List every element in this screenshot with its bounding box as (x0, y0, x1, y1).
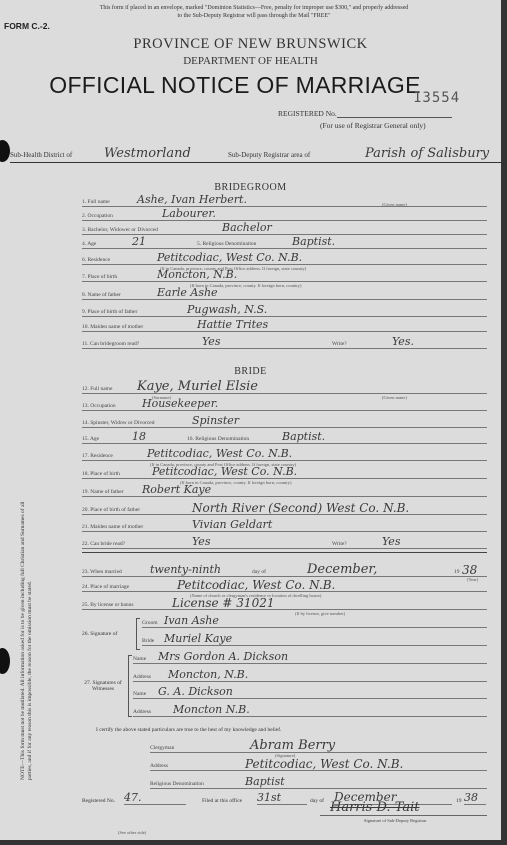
registrar-area-value: Parish of Salisbury (365, 146, 489, 161)
witness-2-name-field: Name G. A. Dickson (133, 685, 487, 699)
field-label: Bride (142, 638, 154, 644)
field-label: Religious Denomination (150, 781, 204, 787)
marriage-notice-page: This form if placed in an envelope, mark… (0, 0, 501, 840)
bride-father-birthplace-field: 20. Place of birth of father North River… (82, 501, 487, 515)
field-value: North River (Second) West Co. N.B. (192, 502, 409, 514)
mailing-notice-line-2: to the Sub-Deputy Registrar will pass th… (10, 12, 498, 20)
day-of-label: day of (310, 798, 324, 804)
bride-full-name-field: 12. Full name Kaye, Muriel Elsie (Given … (82, 380, 487, 394)
punch-hole (0, 140, 10, 162)
field-label: 9. Place of birth of father (82, 309, 137, 315)
registered-number-stamp: 13554 (413, 90, 460, 106)
province-heading: PROVINCE OF NEW BRUNSWICK (0, 36, 501, 53)
clergyman-denomination: Baptist (245, 776, 285, 788)
health-district-value: Westmorland (104, 146, 191, 161)
bride-occupation-field: 13. Occupation Housekeeper. (82, 397, 487, 411)
bride-birthplace-field: 18. Place of birth Petitcodiac, West Co.… (82, 465, 487, 479)
punch-hole (0, 648, 10, 674)
marriage-date-field: 23. When married twenty-ninth day of Dec… (82, 563, 487, 577)
registrar-note: (For use of Registrar General only) (320, 121, 426, 130)
bride-signature-field: Bride Muriel Kaye (142, 632, 487, 646)
clergyman-address: Petitcodiac, West Co. N.B. (245, 758, 403, 770)
field-value: 18 (132, 431, 146, 443)
field-label: 19. Name of father (82, 489, 124, 495)
marriage-day-value: twenty-ninth (150, 564, 221, 576)
field-value: Bachelor (222, 222, 272, 234)
field-label: 4. Age (82, 241, 96, 247)
field-value: Yes (192, 536, 210, 548)
year-prefix: 19 (456, 798, 462, 804)
filing-row: Registered No. 47. Filed at this office … (82, 792, 487, 805)
field-label: 17. Residence (82, 453, 113, 459)
field-value: Labourer. (162, 208, 216, 220)
field-label: Groom (142, 620, 158, 626)
field-label: 3. Bachelor, Widower or Divorced (82, 227, 158, 233)
section-divider (82, 552, 487, 553)
registered-no-label: Registered No. (82, 798, 115, 804)
filed-label: Filed at this office (202, 798, 242, 804)
signatures-label: 26. Signature of (82, 631, 117, 637)
document-title: OFFICIAL NOTICE OF MARRIAGE (0, 72, 470, 99)
groom-mother-maiden-name-field: 10. Maiden name of mother Hattie Trites (82, 318, 487, 332)
field-label: Write? (332, 341, 347, 347)
bridegroom-heading: BRIDEGROOM (0, 182, 501, 193)
field-value: Petitcodiac, West Co. N.B. (177, 579, 335, 591)
health-district-label: Sub-Health District of (10, 151, 72, 159)
registrar-signature-label: Signature of Sub-Deputy Registrar (364, 818, 427, 823)
field-value: Robert Kaye (142, 484, 211, 496)
field-label: 24. Place of marriage (82, 584, 129, 590)
field-value: Spinster (192, 415, 239, 427)
witnesses-bracket (128, 655, 132, 717)
field-value: Ashe, Ivan Herbert. (137, 194, 247, 206)
field-label: 21. Maiden name of mother (82, 524, 143, 530)
mailing-notice: This form if placed in an envelope, mark… (10, 4, 498, 20)
registered-line (337, 109, 452, 118)
field-label: Address (133, 709, 151, 715)
field-label: day of (252, 569, 266, 575)
field-value: Yes (202, 336, 220, 348)
signature-bracket (136, 618, 140, 650)
witness-1-name-field: Name Mrs Gordon A. Dickson (133, 650, 487, 664)
groom-literacy-field: 11. Can bridegroom read? Yes Write? Yes. (82, 335, 487, 349)
field-label: 14. Spinster, Widow or Divorced (82, 420, 154, 426)
see-other-side-note: (See other side) (118, 830, 146, 835)
field-label: 8. Name of father (82, 292, 121, 298)
registrar-area-label: Sub-Deputy Registrar area of (228, 151, 310, 159)
field-value: Housekeeper. (142, 398, 218, 410)
marriage-month-value: December, (307, 564, 377, 576)
groom-occupation-field: 2. Occupation Labourer. (82, 207, 487, 221)
field-label: 10. Maiden name of mother (82, 324, 143, 330)
field-value: 21 (132, 236, 146, 248)
witness-2-address-field: Address Moncton N.B. (133, 703, 487, 717)
witness-address: Moncton, N.B. (168, 669, 248, 681)
field-label: 11. Can bridegroom read? (82, 341, 139, 347)
marriage-place-field: 24. Place of marriage Petitcodiac, West … (82, 578, 487, 592)
field-label: 12. Full name (82, 386, 112, 392)
field-label: Address (150, 763, 168, 769)
field-value: Baptist. (292, 236, 335, 248)
bride-mother-maiden-name-field: 21. Maiden name of mother Vivian Geldart (82, 518, 487, 532)
filed-year-value: 38 (464, 791, 486, 805)
field-label: 22. Can bride read? (82, 541, 125, 547)
field-value: Moncton, N.B. (157, 269, 237, 281)
field-label: Name (133, 656, 146, 662)
registered-label: REGISTERED No. (278, 109, 337, 118)
district-row: Sub-Health District of Westmorland Sub-D… (10, 144, 501, 163)
groom-full-name-field: 1. Full name Ashe, Ivan Herbert. (Given … (82, 193, 487, 207)
bride-residence-field: 17. Residence Petitcodiac, West Co. N.B. (82, 447, 487, 461)
field-value: Earle Ashe (157, 287, 218, 299)
license-field: 25. By license or banns License # 31021 (82, 596, 487, 610)
field-value: License # 31021 (172, 597, 274, 609)
field-label: 2. Occupation (82, 213, 113, 219)
bride-literacy-field: 22. Can bride read? Yes Write? Yes (82, 535, 487, 549)
groom-signature-field: Groom Ivan Ashe (142, 614, 487, 628)
bride-age-religion-field: 15. Age 18 16. Religious Denomination Ba… (82, 430, 487, 444)
registrar-signature-line (320, 815, 487, 816)
marriage-year-value: 38 (462, 564, 477, 576)
field-label: 18. Place of birth (82, 471, 120, 477)
field-value: Vivian Geldart (192, 519, 272, 531)
field-label: 5. Religious Denomination (197, 241, 256, 247)
bride-marital-status-field: 14. Spinster, Widow or Divorced Spinster (82, 414, 487, 428)
field-value: Petitcodiac, West Co. N.B. (157, 252, 302, 264)
registered-number-field: REGISTERED No. (278, 109, 452, 118)
certification-statement: I certify the above stated particulars a… (96, 727, 281, 733)
bride-heading: BRIDE (0, 366, 501, 377)
field-label: Address (133, 674, 151, 680)
field-label: 13. Occupation (82, 403, 116, 409)
witnesses-label: 27. Signatures of Witnesses (78, 680, 128, 692)
scan-edge-bottom (0, 840, 507, 845)
field-label: 25. By license or banns (82, 602, 133, 608)
field-label: 7. Place of birth (82, 274, 117, 280)
field-label: 20. Place of birth of father (82, 507, 140, 513)
field-label: Write? (332, 541, 347, 547)
field-value: Yes (382, 536, 400, 548)
field-label: 23. When married (82, 569, 122, 575)
field-label: Clergyman (150, 745, 174, 751)
bride-signature: Muriel Kaye (164, 633, 232, 645)
registered-no-value: 47. (124, 791, 186, 805)
field-label: Name (133, 691, 146, 697)
groom-birthplace-field: 7. Place of birth Moncton, N.B. (82, 268, 487, 282)
clergyman-signature: Abram Berry (250, 740, 335, 752)
clergyman-address-field: Address Petitcodiac, West Co. N.B. (150, 757, 487, 771)
field-value: Baptist. (282, 431, 325, 443)
groom-marital-status-field: 3. Bachelor, Widower or Divorced Bachelo… (82, 221, 487, 235)
groom-age-religion-field: 4. Age 21 5. Religious Denomination Bapt… (82, 235, 487, 249)
clergyman-field: Clergyman Abram Berry (Signature) (150, 739, 487, 753)
filed-day-value: 31st (257, 791, 307, 805)
field-label: 15. Age (82, 436, 99, 442)
field-value: Yes. (392, 336, 414, 348)
scan-edge-right (501, 0, 507, 845)
year-prefix: 19 (454, 569, 460, 575)
field-label: 16. Religious Denomination (187, 436, 249, 442)
groom-father-name-field: 8. Name of father Earle Ashe (82, 286, 487, 300)
groom-signature: Ivan Ashe (164, 615, 219, 627)
witness-address: Moncton N.B. (173, 704, 250, 716)
field-label: 1. Full name (82, 199, 110, 205)
groom-father-birthplace-field: 9. Place of birth of father Pugwash, N.S… (82, 303, 487, 317)
field-value: Hattie Trites (197, 319, 268, 331)
witness-name: Mrs Gordon A. Dickson (158, 651, 288, 663)
department-heading: DEPARTMENT OF HEALTH (0, 55, 501, 67)
witness-name: G. A. Dickson (158, 686, 233, 698)
witness-1-address-field: Address Moncton, N.B. (133, 668, 487, 682)
form-code: FORM C.-2. (4, 21, 50, 31)
registrar-signature: Harris D. Tait (330, 800, 420, 815)
field-value: Petitcodiac, West Co. N.B. (152, 466, 297, 478)
mailing-notice-line-1: This form if placed in an envelope, mark… (10, 4, 498, 12)
field-value: Petitcodiac, West Co. N.B. (147, 448, 292, 460)
field-label: 6. Residence (82, 257, 110, 263)
field-value: Kaye, Muriel Elsie (137, 381, 258, 393)
groom-residence-field: 6. Residence Petitcodiac, West Co. N.B. (82, 251, 487, 265)
clergyman-denomination-field: Religious Denomination Baptist (150, 775, 487, 789)
bride-father-name-field: 19. Name of father Robert Kaye (82, 483, 487, 497)
field-value: Pugwash, N.S. (187, 304, 267, 316)
